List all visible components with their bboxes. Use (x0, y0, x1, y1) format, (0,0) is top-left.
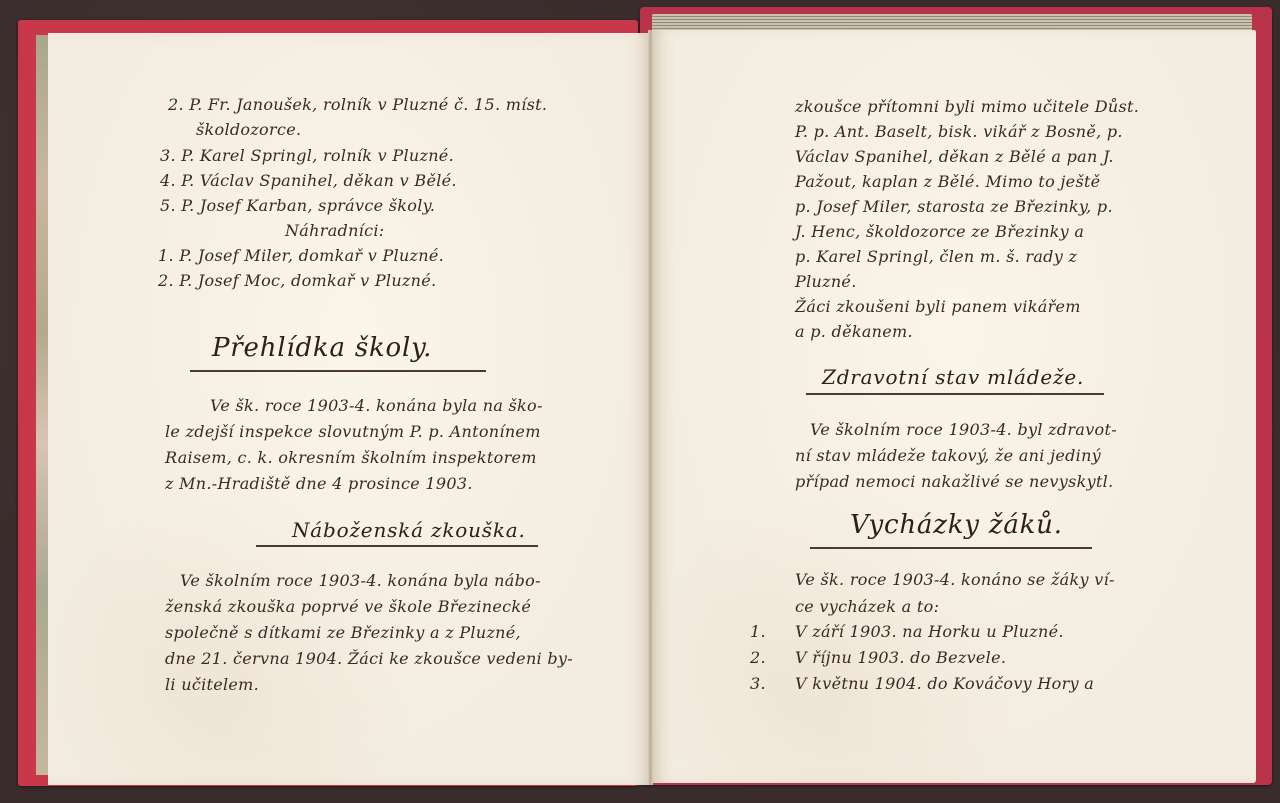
paragraph-line: Ve školním roce 1903-4. konána byla nábo… (180, 571, 541, 590)
title-underline (256, 545, 538, 547)
paragraph-line: Žáci zkoušeni byli panem vikářem (795, 297, 1081, 316)
paragraph-line: Ve šk. roce 1903-4. konána byla na ško- (210, 396, 543, 415)
paragraph-line: p. Josef Miler, starosta ze Březinky, p. (795, 197, 1113, 216)
list-line: školdozorce. (196, 120, 301, 139)
paragraph-line: zkoušce přítomni byli mimo učitele Důst. (795, 97, 1139, 116)
section-title-inspection: Přehlídka školy. (212, 333, 432, 363)
paragraph-line: p. Karel Springl, člen m. š. rady z (795, 247, 1077, 266)
paragraph-line: Pluzné. (795, 272, 857, 291)
paragraph-line: P. p. Ant. Baselt, bisk. vikář z Bosně, … (795, 122, 1123, 141)
endpaper-left (36, 35, 48, 775)
paragraph-line: a p. děkanem. (795, 322, 913, 341)
list-line: 4. P. Václav Spanihel, děkan v Bělé. (160, 171, 457, 190)
paragraph-line: li učitelem. (165, 675, 259, 694)
paragraph-line: Raisem, c. k. okresním školním inspektor… (165, 448, 537, 467)
paragraph-line: ní stav mládeže takový, že ani jediný (795, 446, 1101, 465)
paragraph-line: ce vycházek a to: (795, 597, 939, 616)
right-page (651, 30, 1256, 783)
paragraph-line: společně s dítkami ze Březinky a z Pluzn… (165, 623, 521, 642)
list-line: 5. P. Josef Karban, správce školy. (160, 196, 435, 215)
list-line: 3. P. Karel Springl, rolník v Pluzné. (160, 146, 454, 165)
list-item-text: V září 1903. na Horku u Pluzné. (795, 622, 1064, 641)
substitute-line: 1. P. Josef Miler, domkař v Pluzné. (158, 246, 444, 265)
list-item-text: V říjnu 1903. do Bezvele. (795, 648, 1006, 667)
list-line: 2. P. Fr. Janoušek, rolník v Pluzné č. 1… (168, 95, 547, 114)
paragraph-line: z Mn.-Hradiště dne 4 prosince 1903. (165, 474, 473, 493)
paragraph-line: ženská zkouška poprvé ve škole Březineck… (165, 597, 531, 616)
list-item-number: 1. (750, 622, 766, 641)
substitute-line: 2. P. Josef Moc, domkař v Pluzné. (158, 271, 436, 290)
paragraph-line: dne 21. června 1904. Žáci ke zkoušce ved… (165, 649, 573, 668)
title-underline (806, 393, 1104, 395)
paragraph-line: J. Henc, školdozorce ze Březinky a (795, 222, 1084, 241)
list-item-number: 3. (750, 674, 766, 693)
paragraph-line: případ nemoci nakažlivé se nevyskytl. (795, 472, 1114, 491)
paragraph-line: Ve šk. roce 1903-4. konáno se žáky ví- (795, 570, 1115, 589)
book-gutter (648, 30, 653, 785)
paragraph-line: Václav Spanihel, děkan z Bělé a pan J. (795, 147, 1114, 166)
section-title-excursions: Vycházky žáků. (850, 510, 1063, 540)
list-item-number: 2. (750, 648, 766, 667)
section-title-health: Zdravotní stav mládeže. (822, 365, 1084, 389)
list-item-text: V květnu 1904. do Kováčovy Hory a (795, 674, 1094, 693)
paragraph-line: Pažout, kaplan z Bělé. Mimo to ještě (795, 172, 1100, 191)
title-underline (810, 547, 1092, 549)
title-underline (190, 370, 486, 372)
paragraph-line: le zdejší inspekce slovutným P. p. Anton… (165, 422, 541, 441)
paragraph-line: Ve školním roce 1903-4. byl zdravot- (810, 420, 1117, 439)
substitutes-heading: Náhradníci: (285, 221, 384, 240)
section-title-religious-exam: Náboženská zkouška. (292, 518, 526, 542)
